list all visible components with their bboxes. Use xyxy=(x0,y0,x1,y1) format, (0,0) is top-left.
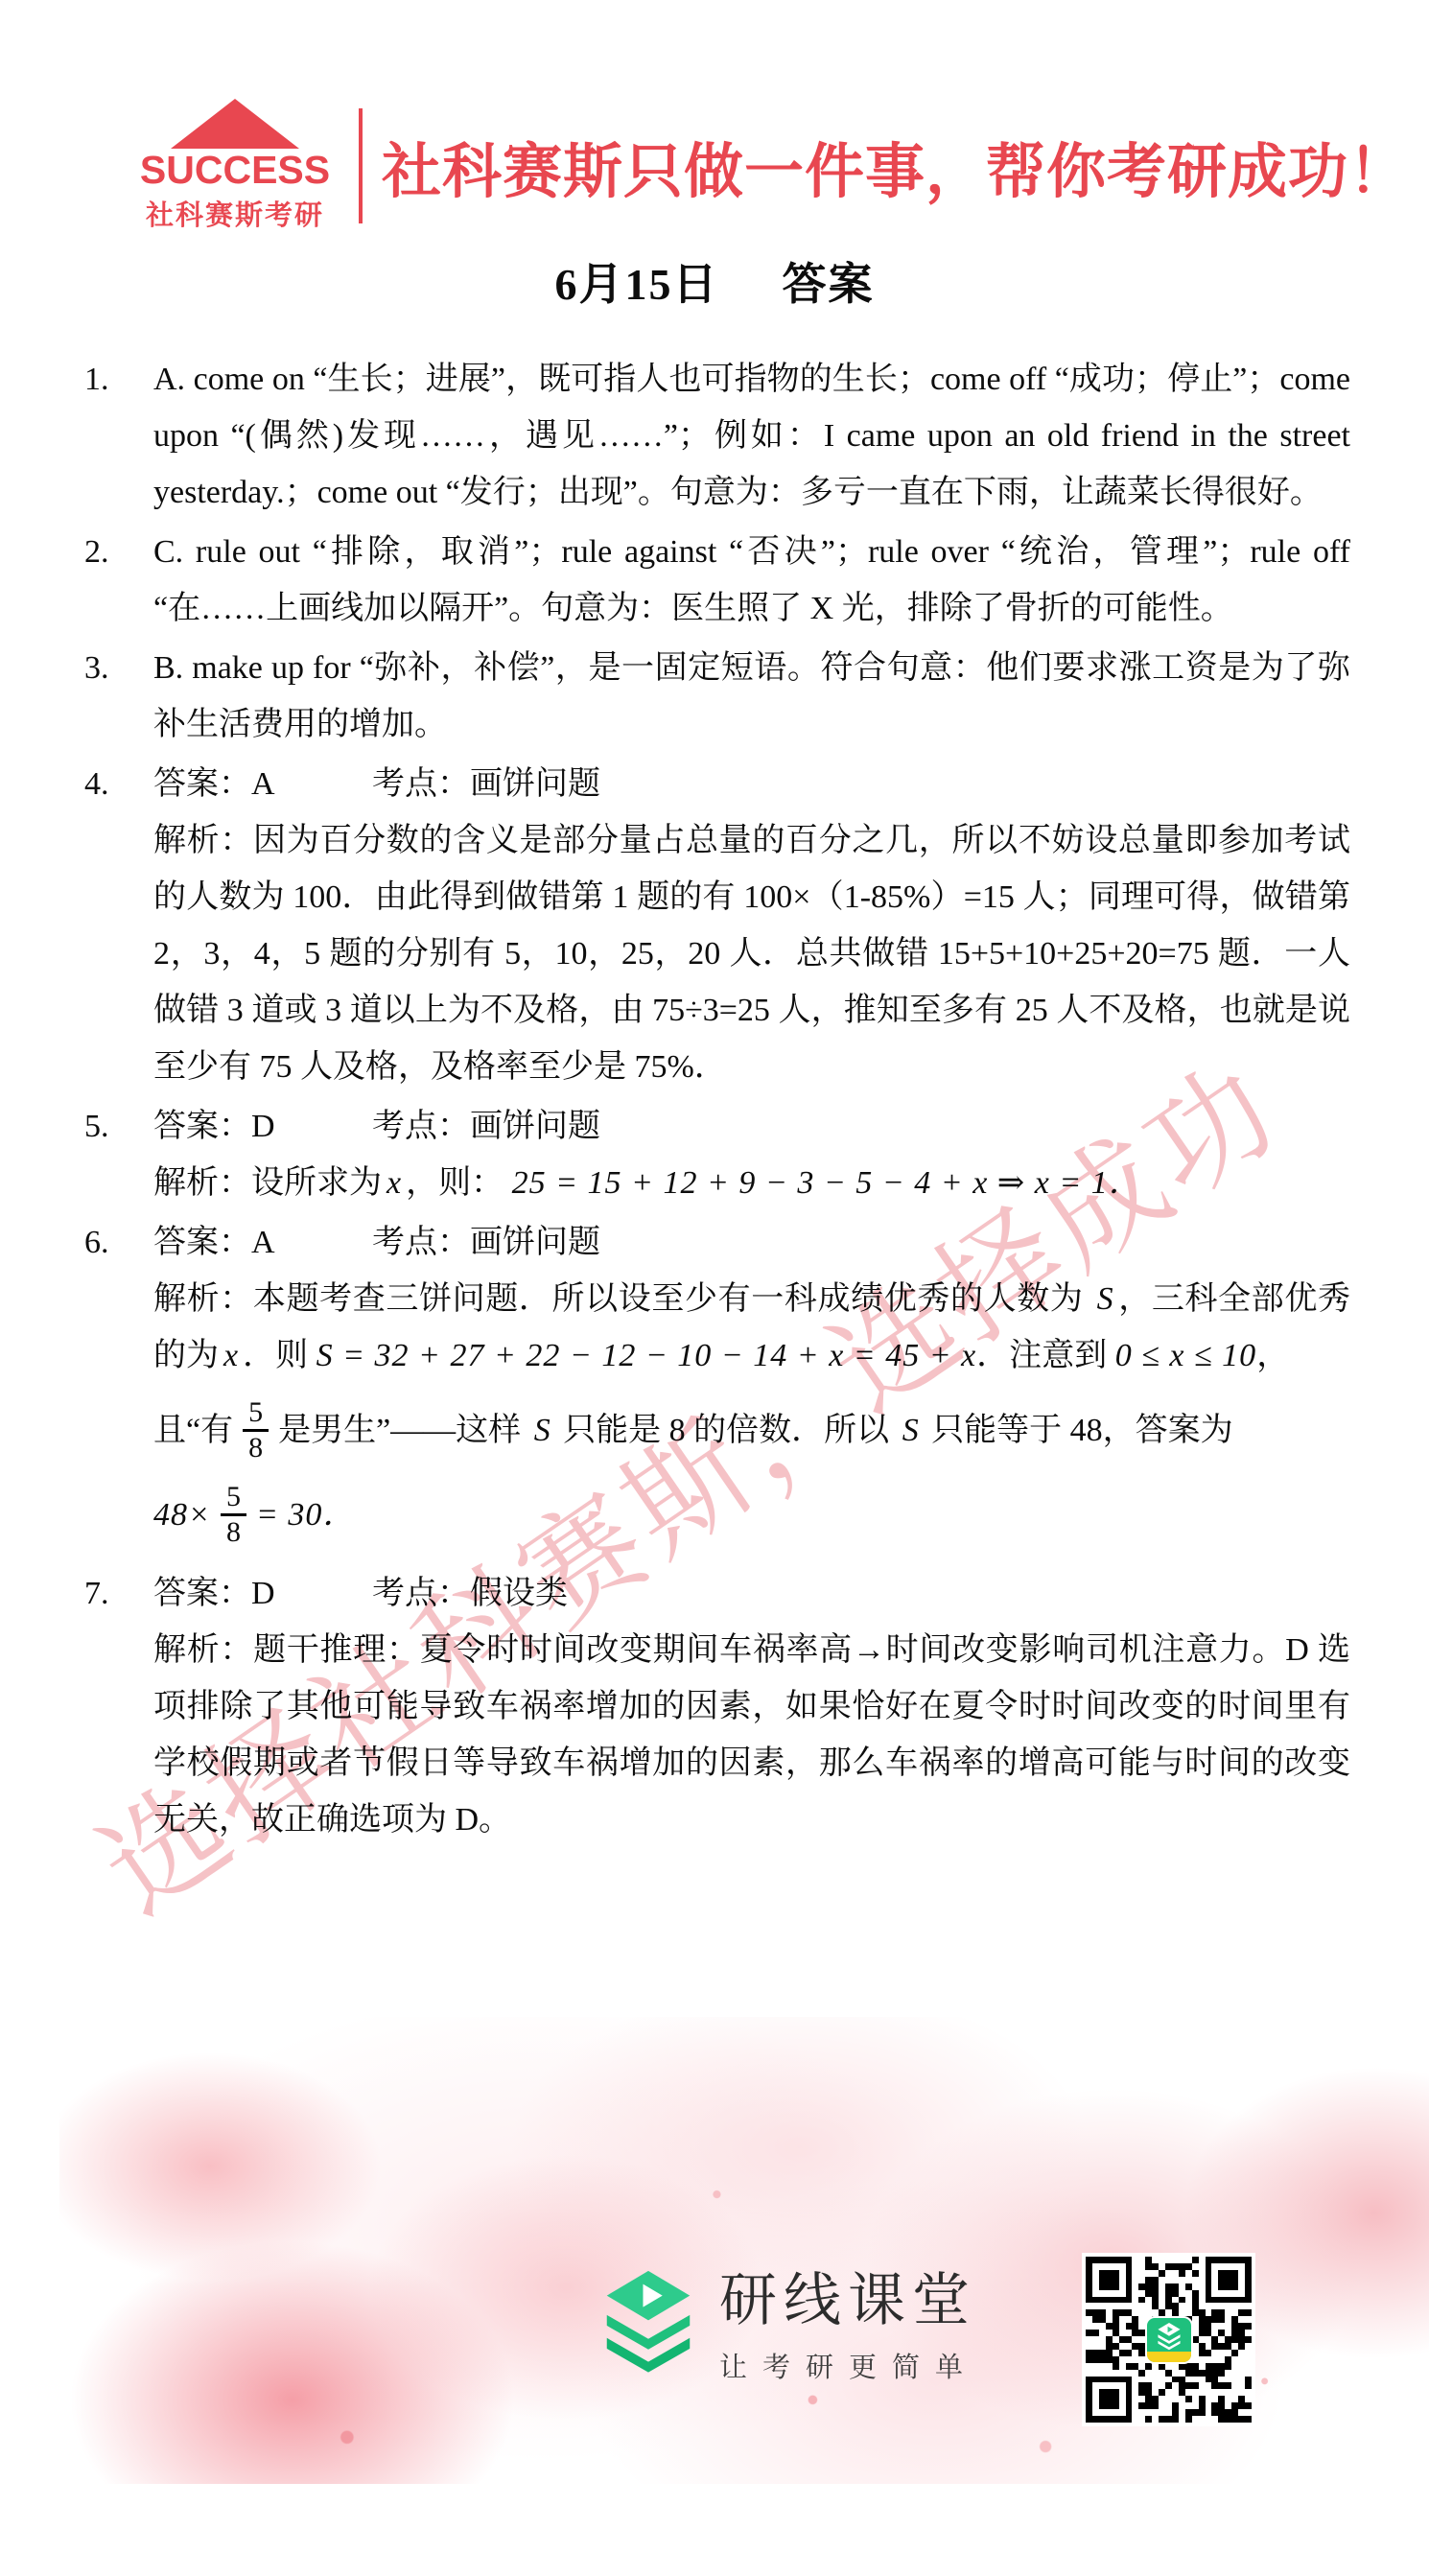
list-item: 1. A. come on “生长；进展”，既可指人也可指物的生长；come o… xyxy=(84,351,1350,521)
analysis-text: 解析：设所求为x，则： 25 = 15 + 12 + 9 − 3 − 5 − 4… xyxy=(153,1155,1350,1211)
answer-label: 答案： xyxy=(153,766,251,802)
item-number: 3. xyxy=(84,640,153,753)
fraction: 58 xyxy=(243,1396,269,1464)
roof-triangle-icon xyxy=(171,99,299,149)
footer-brand-name: 研线课堂 xyxy=(719,2269,978,2332)
list-item: 4. 答案：A考点：画饼问题 解析：因为百分数的含义是部分量占总量的百分之几，所… xyxy=(84,756,1350,1095)
answer-label: 答案： xyxy=(153,1109,251,1144)
qr-center-app-icon xyxy=(1145,2316,1193,2364)
math-variable: S xyxy=(529,1413,555,1448)
item-number: 4. xyxy=(84,756,153,1095)
header: SUCCESS 社科赛斯考研 社科赛斯只做一件事，帮你考研成功！ xyxy=(132,102,1371,230)
item-text: B. make up for “弥补，补偿”，是一固定短语。符合句意：他们要求涨… xyxy=(153,640,1350,753)
math-variable: x xyxy=(219,1338,243,1373)
item-number: 6. xyxy=(84,1214,153,1562)
answer-value: D xyxy=(251,1576,275,1611)
answer-row: 答案：A考点：画饼问题 xyxy=(153,1214,1350,1271)
answers-list: 1. A. come on “生长；进展”，既可指人也可指物的生长；come o… xyxy=(84,351,1350,1851)
topic-label: 考点： xyxy=(372,1109,470,1144)
topic-value: 画饼问题 xyxy=(470,766,600,802)
yanxian-logo-icon xyxy=(604,2269,692,2385)
answer-value: A xyxy=(251,766,275,802)
analysis-text: 且“有58是男生”——这样 S 只能是 8 的倍数．所以 S 只能等于 48，答… xyxy=(153,1384,1350,1480)
item-number: 2. xyxy=(84,524,153,637)
analysis-text: 解析：题干推理：夏令时时间改变期间车祸率高→时间改变影响司机注意力。D 选项排除… xyxy=(153,1622,1350,1848)
answer-value: D xyxy=(251,1109,275,1144)
footer-brand: 研线课堂 让考研更简单 xyxy=(604,2269,978,2385)
header-divider xyxy=(359,108,363,223)
math-formula: S = 32 + 27 + 22 − 12 − 10 − 14 + x = 45… xyxy=(316,1338,977,1373)
answer-row: 答案：D考点：假设类 xyxy=(153,1565,1350,1622)
item-number: 1. xyxy=(84,351,153,521)
brand-name: SUCCESS xyxy=(132,151,338,191)
qr-code xyxy=(1082,2253,1255,2426)
footer-tagline: 让考研更简单 xyxy=(719,2346,978,2385)
math-formula: 0 ≤ x ≤ 10 xyxy=(1115,1338,1256,1373)
list-item: 5. 答案：D考点：画饼问题 解析：设所求为x，则： 25 = 15 + 12 … xyxy=(84,1098,1350,1211)
topic-value: 画饼问题 xyxy=(470,1109,600,1144)
answer-value: A xyxy=(251,1225,275,1260)
math-formula: 25 = 15 + 12 + 9 − 3 − 5 − 4 + x ⇒ x = 1… xyxy=(512,1165,1142,1201)
qr-app-badge xyxy=(1147,2352,1191,2362)
math-variable: S xyxy=(898,1413,924,1448)
list-item: 7. 答案：D考点：假设类 解析：题干推理：夏令时时间改变期间车祸率高→时间改变… xyxy=(84,1565,1350,1848)
topic-label: 考点： xyxy=(372,1576,470,1611)
topic-label: 考点： xyxy=(372,766,470,802)
brand-subtitle: 社科赛斯考研 xyxy=(132,194,338,233)
math-variable: x xyxy=(382,1165,406,1201)
topic-label: 考点： xyxy=(372,1225,470,1260)
list-item: 6. 答案：A考点：画饼问题 解析：本题考查三饼问题．所以设至少有一科成绩优秀的… xyxy=(84,1214,1350,1562)
item-text: A. come on “生长；进展”，既可指人也可指物的生长；come off … xyxy=(153,351,1350,521)
header-slogan: 社科赛斯只做一件事，帮你考研成功！ xyxy=(382,124,1409,209)
math-variable: S xyxy=(1092,1281,1118,1317)
answer-row: 答案：D考点：画饼问题 xyxy=(153,1098,1350,1155)
item-number: 5. xyxy=(84,1098,153,1211)
answer-label: 答案： xyxy=(153,1576,251,1611)
list-item: 2. C. rule out “排除，取消”；rule against “否决”… xyxy=(84,524,1350,637)
answer-sheet-page: SUCCESS 社科赛斯考研 社科赛斯只做一件事，帮你考研成功！ 6月15日答案… xyxy=(0,0,1429,2576)
fraction: 58 xyxy=(221,1481,246,1548)
title-date: 6月15日 xyxy=(555,260,719,309)
list-item: 3. B. make up for “弥补，补偿”，是一固定短语。符合句意：他们… xyxy=(84,640,1350,753)
answer-label: 答案： xyxy=(153,1225,251,1260)
item-number: 7. xyxy=(84,1565,153,1848)
success-logo: SUCCESS 社科赛斯考研 xyxy=(132,99,338,234)
item-text: C. rule out “排除，取消”；rule against “否决”；ru… xyxy=(153,524,1350,637)
topic-value: 画饼问题 xyxy=(470,1225,600,1260)
answer-row: 答案：A考点：画饼问题 xyxy=(153,756,1350,812)
standalone-formula: 48×58= 30． xyxy=(153,1480,1350,1562)
analysis-text: 解析：因为百分数的含义是部分量占总量的百分之几，所以不妨设总量即参加考试的人数为… xyxy=(153,812,1350,1095)
topic-value: 假设类 xyxy=(470,1576,568,1611)
page-title: 6月15日答案 xyxy=(0,249,1429,313)
analysis-text: 解析：本题考查三饼问题．所以设至少有一科成绩优秀的人数为 S，三科全部优秀的为x… xyxy=(153,1271,1350,1384)
title-label: 答案 xyxy=(783,260,875,309)
